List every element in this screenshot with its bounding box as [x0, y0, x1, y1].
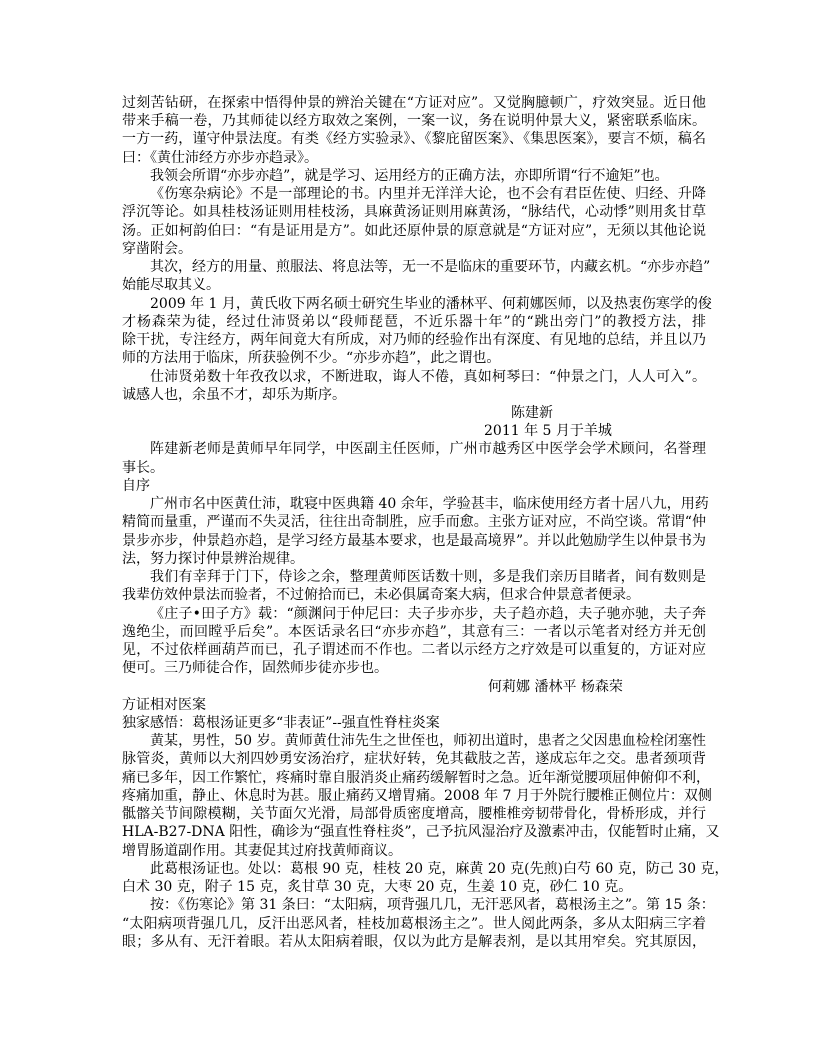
text-line: 曰：《黄仕沛经方亦步亦趋录》。 [122, 149, 706, 167]
text-line: 阵建新老师是黄师早年同学，中医副主任医师，广州市越秀区中医学会学术顾问，名誉理 [122, 440, 706, 458]
text-line: 疼痛加重，静止、休息时为甚。服止痛药又增胃痛。2008 年 7 月于外院行腰椎正… [122, 787, 706, 805]
text-line: 穿凿附会。 [122, 240, 706, 258]
preface-paragraph-6: 仕沛贤弟数十年孜孜以求，不断进取，诲人不倦，真如柯琴曰：“仲景之门，人人可入”。… [122, 368, 706, 404]
text-line: 广州市名中医黄仕沛，耽寝中医典籍 40 余年，学验甚丰，临床使用经方者十居八九，… [122, 495, 706, 513]
preface-paragraph-5: 2009 年 1 月，黄氏收下两名硕士研究生毕业的潘林平、何莉娜医师，以及热衷伤… [122, 295, 706, 368]
text-line: 逸绝尘，而回瞠乎后矣”。本医话录名曰“亦步亦趋”，其意有三：一者以示笔者对经方并… [122, 623, 706, 641]
text-line: 增胃肠道副作用。其妻促其过府找黄师商议。 [122, 842, 706, 860]
case-paragraph-1: 黄某，男性，50 岁。黄师黄仕沛先生之世侄也，师初出道时，患者之父因患血检栓闭塞… [122, 732, 706, 860]
section-heading-self-preface: 自序 [122, 477, 706, 495]
preface-paragraph-4: 其次，经方的用量、煎服法、将息法等，无一不是临床的重要环节，内藏玄机。“亦步亦趋… [122, 258, 706, 294]
section-heading-cases: 方证相对医案 [122, 696, 706, 714]
text-line: 诚感人也，余虽不才，却乐为斯序。 [122, 386, 706, 404]
preface-paragraph-1: 过刻苦钻研，在探索中悟得仲景的辨治关键在“方证对应”。又觉胸臆顿广，疗效突显。近… [122, 94, 706, 167]
text-line: 黄某，男性，50 岁。黄师黄仕沛先生之世侄也，师初出道时，患者之父因患血检栓闭塞… [122, 732, 706, 750]
text-line: 《伤寒杂病论》不是一部理论的书。内里并无洋洋大论，也不会有君臣佐使、归经、升降 [122, 185, 706, 203]
text-line: 我领会所谓“亦步亦趋”，就是学习、运用经方的正确方法，亦即所谓“行不逾矩”也。 [122, 167, 706, 185]
text-line: 仕沛贤弟数十年孜孜以求，不断进取，诲人不倦，真如柯琴曰：“仲景之门，人人可入”。 [122, 368, 706, 386]
text-line: 脉管炎，黄师以大剂四妙勇安汤治疗，症状好转，免其截肢之苦，遂成忘年之交。患者颈项… [122, 750, 706, 768]
text-line: 其次，经方的用量、煎服法、将息法等，无一不是临床的重要环节，内藏玄机。“亦步亦趋… [122, 258, 706, 276]
text-line: 一方一药，谨守仲景法度。有类《经方实验录》、《黎庇留医案》、《集思医案》，要言不… [122, 130, 706, 148]
self-preface-paragraph-1: 广州市名中医黄仕沛，耽寝中医典籍 40 余年，学验甚丰，临床使用经方者十居八九，… [122, 495, 706, 568]
text-line: 眼；多从有、无汗着眼。若从太阳病着眼，仅以为此方是解表剂，是以其用窄矣。究其原因… [122, 933, 706, 951]
case-paragraph-3: 按：《伤寒论》第 31 条曰：“太阳病，项背强几几，无汗恶风者，葛根汤主之”。第… [122, 896, 706, 951]
text-line: 便可。三乃师徒合作，固然师步徒亦步也。 [122, 659, 706, 677]
text-line: 精简而量重，严谨而不失灵活，往往出奇制胜，应手而愈。主张方证对应，不尚空谈。常谓… [122, 513, 706, 531]
text-line: 见，不过依样画葫芦而已，孔子谓述而不作也。二者以示经方之疗效是可以重复的，方证对… [122, 641, 706, 659]
text-line: 景步亦步，仲景趋亦趋，是学习经方最基本要求，也是最高境界”。并以此勉励学生以仲景… [122, 532, 706, 550]
text-line: 除干扰，专注经方，两年间竟大有所成，对乃师的经验作出有深度、有见地的总结，并且以… [122, 331, 706, 349]
text-line: 才杨森荣为徒，经过仕沛贤弟以“段师琵琶，不近乐器十年”的“跳出旁门”的教授方法，… [122, 313, 706, 331]
text-line: 师的方法用于临床，所获验例不少。“亦步亦趋”，此之谓也。 [122, 349, 706, 367]
text-line: 骶髂关节间隙模糊，关节面欠光滑，局部骨质密度增高，腰椎椎旁韧带骨化，骨桥形成，并… [122, 805, 706, 823]
text-line: 法，努力探讨仲景辨治规律。 [122, 550, 706, 568]
self-preface-paragraph-2: 我们有幸拜于门下，侍诊之余，整理黄师医话数十则，多是我们亲历目睹者，间有数则是 … [122, 568, 706, 604]
text-line: 始能尽取其义。 [122, 276, 706, 294]
self-preface-signature: 何莉娜 潘林平 杨森荣 [122, 678, 706, 696]
text-line: 我们有幸拜于门下，侍诊之余，整理黄师医话数十则，多是我们亲历目睹者，间有数则是 [122, 568, 706, 586]
text-line: 痛已多年，因工作繁忙，疼痛时靠自服消炎止痛药缓解暂时之急。近年渐觉腰项屈伸俯仰不… [122, 769, 706, 787]
case-paragraph-2: 此葛根汤证也。处以：葛根 90 克，桂枝 20 克，麻黄 20 克(先煎)白芍 … [122, 860, 706, 896]
text-line: 《庄子•田子方》载：“颜渊问于仲尼曰：夫子步亦步，夫子趋亦趋，夫子驰亦驰，夫子奔 [122, 605, 706, 623]
text-line: “太阳病项背强几几，反汗出恶风者，桂枝加葛根汤主之”。世人阅此两条，多从太阳病三… [122, 915, 706, 933]
text-line: 白术 30 克，附子 15 克，炙甘草 30 克，大枣 20 克，生姜 10 克… [122, 878, 706, 896]
text-line: 带来手稿一卷，乃其师徒以经方取效之案例，一案一议，务在说明仲景大义，紧密联系临床… [122, 112, 706, 130]
preface-signature-date: 2011 年 5 月于羊城 [122, 422, 706, 440]
self-preface-paragraph-3: 《庄子•田子方》载：“颜渊问于仲尼曰：夫子步亦步，夫子趋亦趋，夫子驰亦驰，夫子奔… [122, 605, 706, 678]
text-line: 此葛根汤证也。处以：葛根 90 克，桂枝 20 克，麻黄 20 克(先煎)白芍 … [122, 860, 706, 878]
author-note: 阵建新老师是黄师早年同学，中医副主任医师，广州市越秀区中医学会学术顾问，名誉理 … [122, 440, 706, 476]
text-line: 汤。正如柯韵伯曰：“有是证用是方”。如此还原仲景的原意就是“方证对应”，无须以其… [122, 222, 706, 240]
text-line: 浮沉等论。如具桂枝汤证则用桂枝汤，具麻黄汤证则用麻黄汤，“脉结代，心动悸”则用炙… [122, 203, 706, 221]
text-line: 我辈仿效仲景法而验者，不过俯拾而已，未必俱属奇案大病，但求合仲景意者便录。 [122, 586, 706, 604]
preface-paragraph-2: 我领会所谓“亦步亦趋”，就是学习、运用经方的正确方法，亦即所谓“行不逾矩”也。 [122, 167, 706, 185]
document-page: 过刻苦钻研，在探索中悟得仲景的辨治关键在“方证对应”。又觉胸臆顿广，疗效突显。近… [122, 94, 706, 951]
preface-signature-author: 陈建新 [122, 404, 706, 422]
case-title: 独家感悟：葛根汤证更多“非表证”--强直性脊柱炎案 [122, 714, 706, 732]
text-line: 按：《伤寒论》第 31 条曰：“太阳病，项背强几几，无汗恶风者，葛根汤主之”。第… [122, 896, 706, 914]
text-line: 事长。 [122, 459, 706, 477]
text-line: 过刻苦钻研，在探索中悟得仲景的辨治关键在“方证对应”。又觉胸臆顿广，疗效突显。近… [122, 94, 706, 112]
preface-paragraph-3: 《伤寒杂病论》不是一部理论的书。内里并无洋洋大论，也不会有君臣佐使、归经、升降 … [122, 185, 706, 258]
text-line: HLA-B27-DNA 阳性，确诊为“强直性脊柱炎”，己予抗风湿治疗及激素冲击，… [122, 823, 706, 841]
text-line: 2009 年 1 月，黄氏收下两名硕士研究生毕业的潘林平、何莉娜医师，以及热衷伤… [122, 295, 706, 313]
